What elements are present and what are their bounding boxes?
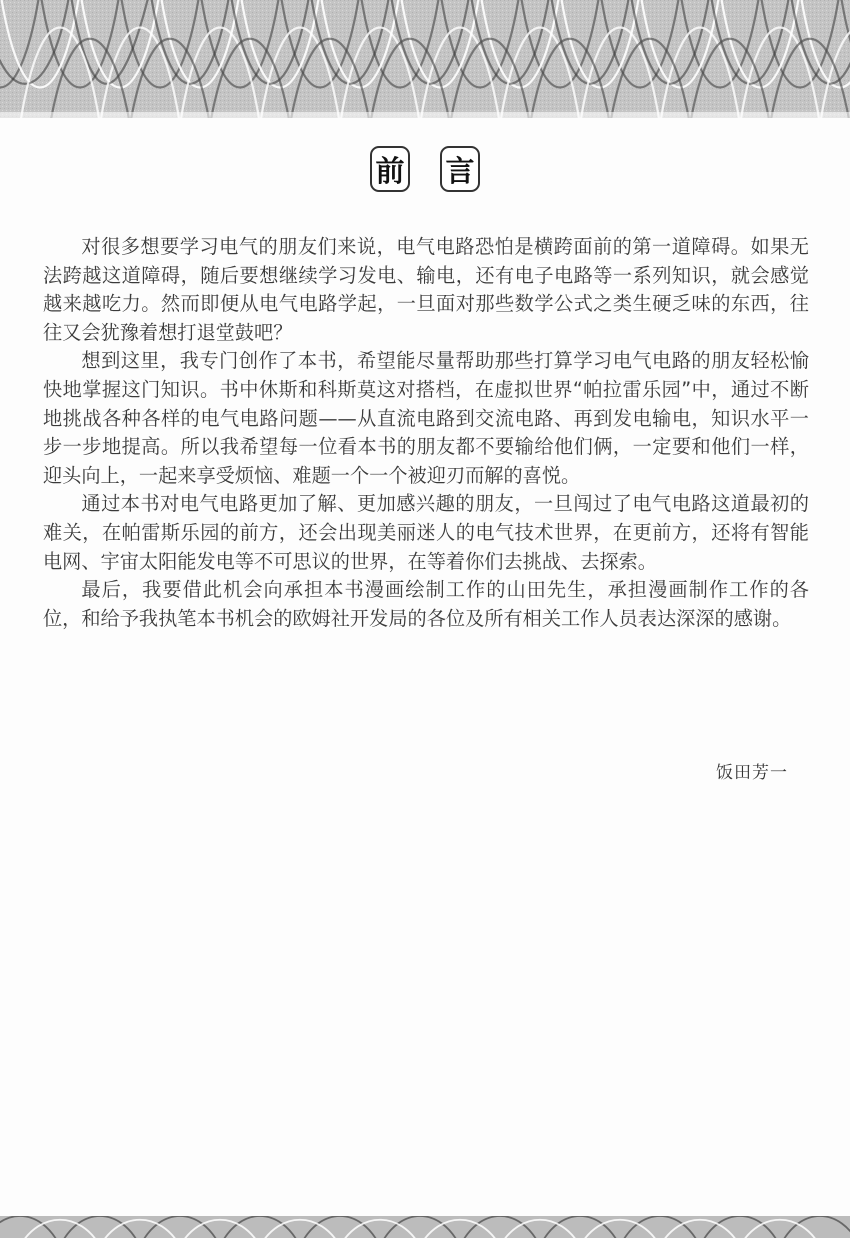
paragraph: 通过本书对电气电路更加了解、更加感兴趣的朋友，一旦闯过了电气电路这道最初的难关，… bbox=[43, 490, 809, 576]
paragraph: 想到这里，我专门创作了本书，希望能尽量帮助那些打算学习电气电路的朋友轻松愉快地掌… bbox=[43, 347, 809, 490]
title-char-box: 言 bbox=[440, 146, 480, 192]
author-signature: 饭田芳一 bbox=[716, 758, 788, 783]
paragraph: 最后，我要借此机会向承担本书漫画绘制工作的山田先生，承担漫画制作工作的各位，和给… bbox=[43, 576, 809, 633]
title-char-box: 前 bbox=[370, 146, 410, 192]
preface-body: 对很多想要学习电气的朋友们来说，电气电路恐怕是横跨面前的第一道障碍。如果无法跨越… bbox=[43, 233, 809, 633]
page-title: 前 言 bbox=[0, 146, 850, 192]
sine-wave-pattern-icon bbox=[0, 1216, 850, 1238]
paragraph: 对很多想要学习电气的朋友们来说，电气电路恐怕是横跨面前的第一道障碍。如果无法跨越… bbox=[43, 233, 809, 347]
footer-wave-band bbox=[0, 1216, 850, 1238]
header-wave-band bbox=[0, 0, 850, 118]
sine-wave-pattern-icon bbox=[0, 0, 850, 118]
